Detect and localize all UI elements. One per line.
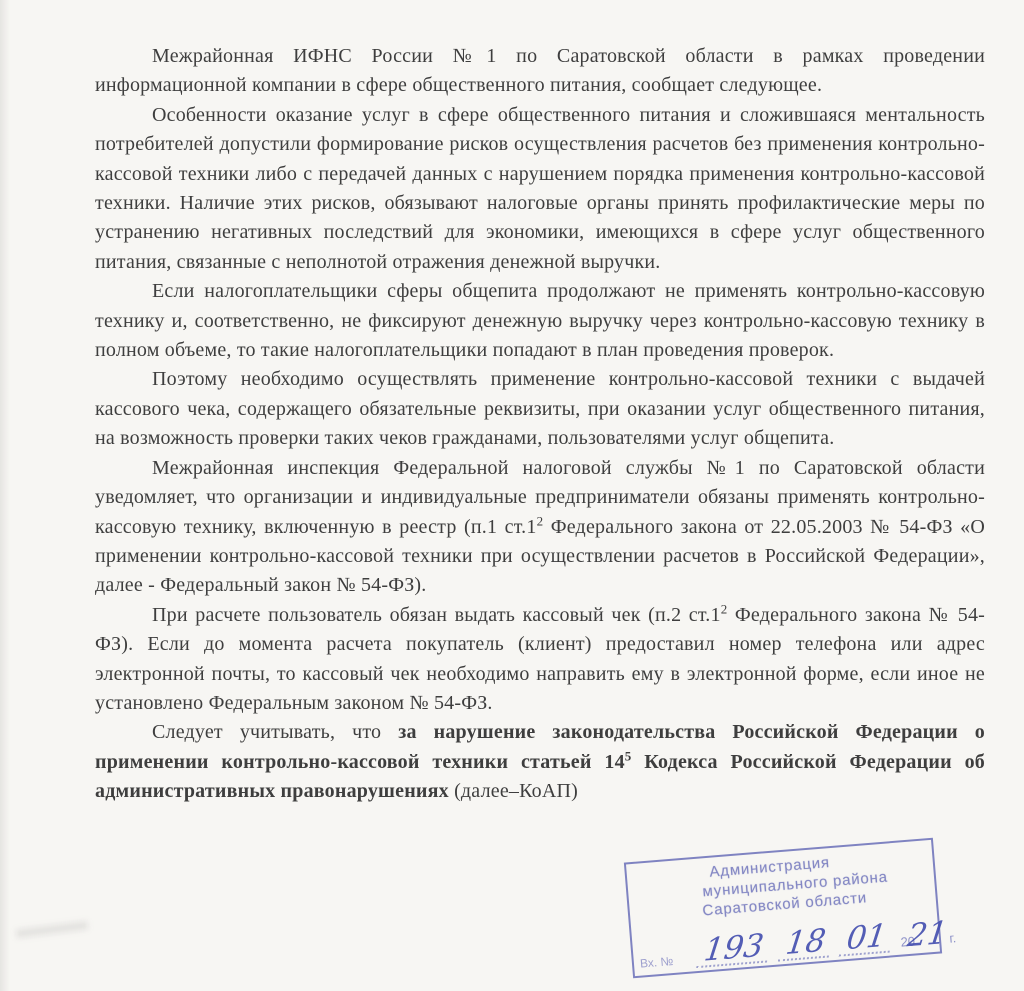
stamp-registration-row: Вх. № 193 18 01 20 21 г. — [638, 917, 932, 972]
stamp-handwritten-year: 21 — [906, 918, 949, 952]
paragraph: Следует учитывать, что за нарушение зако… — [95, 718, 985, 806]
text-segment: Поэтому необходимо осуществлять применен… — [95, 368, 985, 449]
stamp-dotted-line — [897, 944, 898, 952]
stamp-handwritten-month: 01 — [839, 920, 895, 957]
paragraph: Межрайонная инспекция Федеральной налого… — [95, 454, 985, 601]
superscript: 5 — [625, 748, 632, 763]
document-body: Межрайонная ИФНС России №1 по Саратовско… — [95, 42, 985, 807]
stamp-handwritten-day: 18 — [777, 925, 833, 962]
registration-stamp: Администрация муниципального района Сара… — [624, 838, 942, 978]
stamp-year-suffix: г. — [949, 930, 957, 947]
text-segment: При расчете пользователь обязан выдать к… — [152, 604, 721, 626]
paragraph: Поэтому необходимо осуществлять применен… — [95, 365, 985, 453]
text-segment: Межрайонная ИФНС России №1 по Саратовско… — [95, 45, 985, 96]
scan-smudge-mark — [16, 921, 89, 939]
text-segment: (далее–КоАП) — [449, 780, 578, 802]
paragraph: При расчете пользователь обязан выдать к… — [95, 601, 985, 719]
paragraph: Межрайонная ИФНС России №1 по Саратовско… — [95, 42, 985, 101]
text-segment: Следует учитывать, что — [152, 721, 398, 743]
stamp-organization-text: Администрация муниципального района Сара… — [626, 845, 936, 926]
scanned-document-page: Межрайонная ИФНС России №1 по Саратовско… — [0, 0, 1024, 991]
text-segment: Если налогоплательщики сферы общепита пр… — [95, 280, 985, 361]
paragraph: Особенности оказание услуг в сфере общес… — [95, 101, 985, 277]
stamp-handwritten-number: 193 — [697, 930, 772, 968]
stamp-incoming-number-label: Вх. № — [639, 954, 674, 973]
paragraph: Если налогоплательщики сферы общепита пр… — [95, 277, 985, 365]
text-segment: Особенности оказание услуг в сфере общес… — [95, 104, 985, 273]
